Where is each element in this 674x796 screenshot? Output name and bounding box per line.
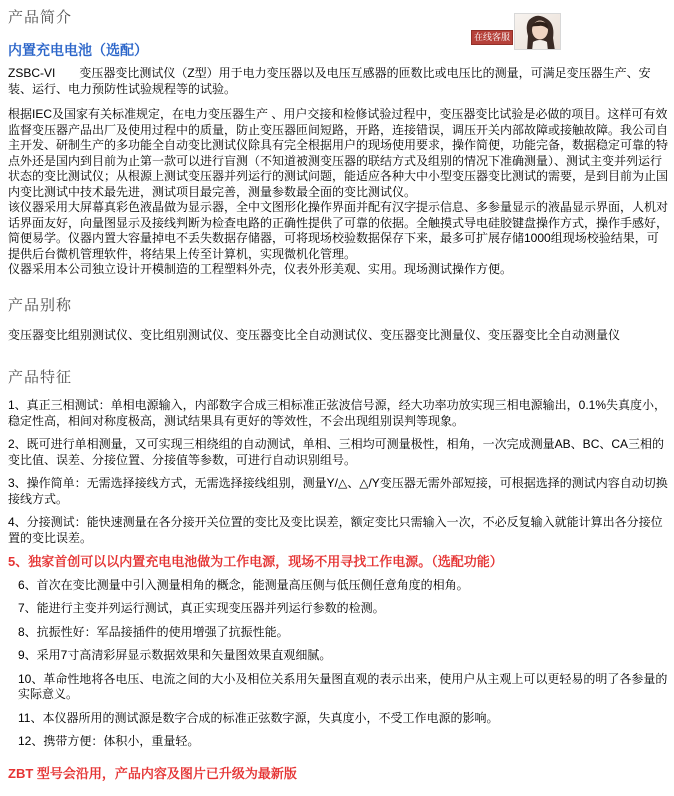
feature-item-10: 10、革命性地将各电压、电流之间的大小及相位关系用矢量图直观的表示出来，使用户从… (8, 672, 668, 703)
intro-paragraph-1: ZSBC-VI 变压器变比测试仪（Z型）用于电力变压器以及电压互感器的匝数比或电… (8, 66, 668, 97)
feature-item-2: 2、既可进行单相测量，又可实现三相绕组的自动测试，单相、三相均可测量极性，相角，… (8, 437, 668, 468)
feature-item-3: 3、操作简单：无需选择接线方式，无需选择接线组别，测量Y/△、△/Y变压器无需外… (8, 476, 668, 507)
feature-item-8: 8、抗振性好：军品接插件的使用增强了抗振性能。 (8, 625, 668, 641)
online-service-badge[interactable]: 在线客服 (471, 30, 513, 45)
intro-paragraph-4: 仪器采用本公司独立设计开模制造的工程塑料外壳，仪表外形美观、实用。现场测试操作方… (8, 262, 668, 278)
section-title-alias: 产品别称 (8, 298, 668, 314)
feature-item-9: 9、采用7寸高清彩屏显示数据效果和矢量图效果直观细腻。 (8, 648, 668, 664)
feature-item-6: 6、首次在变比测量中引入测量相角的概念，能测量高压侧与低压侧任意角度的相角。 (8, 578, 668, 594)
alias-text: 变压器变比组别测试仪、变比组别测试仪、变压器变比全自动测试仪、变压器变比测量仪、… (8, 328, 668, 344)
product-page: 产品简介 在线客服 内置充电电池（选配） ZSBC-VI 变压器变比测试仪（Z型… (0, 0, 674, 796)
feature-item-7: 7、能进行主变并列运行测试，真正实现变压器并列运行参数的检测。 (8, 601, 668, 617)
footer-upgrade-note: ZBT 型号会沿用，产品内容及图片已升级为最新版 (8, 766, 668, 782)
feature-item-1: 1、真正三相测试：单相电源输入，内部数字合成三相标准正弦波信号源，经大功率功放实… (8, 398, 668, 429)
subtitle-battery-option: 内置充电电池（选配） (8, 42, 668, 58)
feature-item-11: 11、本仪器所用的测试源是数字合成的标准正弦数字源，失真度小，不受工作电源的影响… (8, 711, 668, 727)
intro-paragraph-block: 根据IEC及国家有关标准规定，在电力变压器生产 、用户交接和检修试验过程中，变压… (8, 107, 668, 278)
feature-item-4: 4、分接测试：能快速测量在各分接开关位置的变比及变比误差，额定变比只需输入一次，… (8, 515, 668, 546)
section-title-intro: 产品简介 (8, 10, 668, 26)
intro-paragraph-2: 根据IEC及国家有关标准规定，在电力变压器生产 、用户交接和检修试验过程中，变压… (8, 107, 668, 200)
section-title-features: 产品特征 (8, 370, 668, 386)
feature-item-5-highlight: 5、独家首创可以以内置充电电池做为工作电源，现场不用寻找工作电源。（选配功能） (8, 554, 668, 570)
intro-paragraph-3: 该仪器采用大屏幕真彩色液晶做为显示器，全中文图形化操作界面并配有汉字提示信息、多… (8, 200, 668, 262)
online-service-widget[interactable]: 在线客服 (471, 13, 561, 50)
customer-service-photo-icon[interactable] (514, 13, 561, 50)
feature-item-12: 12、携带方便：体积小，重量轻。 (8, 734, 668, 750)
